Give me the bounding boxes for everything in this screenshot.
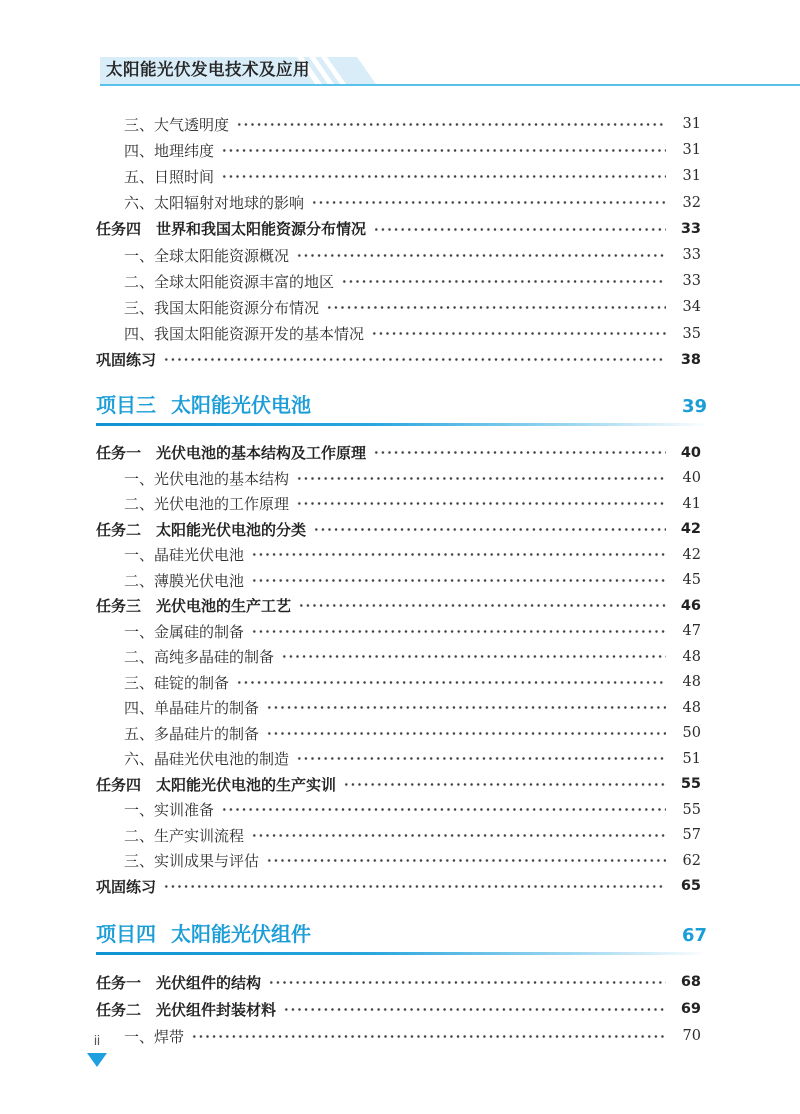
toc-entry-label: 三、实训成果与评估 bbox=[124, 850, 259, 871]
toc-entry-label: 任务四 太阳能光伏电池的生产实训 bbox=[96, 774, 336, 795]
toc-entry-label: 二、高纯多晶硅的制备 bbox=[124, 646, 274, 667]
toc-entry-page: 57 bbox=[669, 827, 701, 843]
dot-leader bbox=[266, 848, 666, 874]
toc-entry[interactable]: 六、太阳辐射对地球的影响 32 bbox=[96, 190, 701, 216]
chapter-heading[interactable]: 项目四 太阳能光伏组件 67 bbox=[96, 918, 701, 955]
toc-entry[interactable]: 四、单晶硅片的制备 48 bbox=[96, 695, 701, 721]
toc-entry-page: 48 bbox=[669, 674, 701, 690]
toc-entry-label: 一、焊带 bbox=[124, 1026, 184, 1047]
toc-section: 三、大气透明度 31 四、地理纬度 31 五、日照时间 31 六、太阳辐射对地球… bbox=[96, 111, 701, 373]
toc-entry-label: 四、地理纬度 bbox=[124, 140, 214, 161]
dot-leader bbox=[373, 440, 666, 466]
triangle-down-icon bbox=[87, 1053, 107, 1067]
dot-leader bbox=[266, 720, 666, 746]
toc-entry-label: 任务一 光伏电池的基本结构及工作原理 bbox=[96, 442, 366, 463]
toc-entry-label: 五、日照时间 bbox=[124, 166, 214, 187]
dot-leader bbox=[163, 347, 666, 373]
toc-entry-page: 45 bbox=[669, 572, 701, 588]
dot-leader bbox=[298, 593, 666, 619]
toc-entry[interactable]: 一、焊带 70 bbox=[96, 1023, 701, 1050]
toc-entry-page: 42 bbox=[669, 547, 701, 563]
chapter-page-number: 39 bbox=[682, 396, 707, 417]
toc-entry-label: 三、我国太阳能资源分布情况 bbox=[124, 297, 319, 318]
dot-leader bbox=[221, 163, 666, 189]
dot-leader bbox=[251, 567, 666, 593]
toc-entry[interactable]: 任务四 太阳能光伏电池的生产实训 55 bbox=[96, 771, 701, 797]
dot-leader bbox=[221, 137, 666, 163]
dot-leader bbox=[251, 822, 666, 848]
dot-leader bbox=[371, 321, 666, 347]
chapter-page-number: 67 bbox=[682, 925, 707, 946]
toc-entry-label: 一、全球太阳能资源概况 bbox=[124, 245, 289, 266]
chapter-heading[interactable]: 项目三 太阳能光伏电池 39 bbox=[96, 389, 701, 426]
toc-entry[interactable]: 一、金属硅的制备 47 bbox=[96, 618, 701, 644]
toc-entry[interactable]: 二、薄膜光伏电池 45 bbox=[96, 567, 701, 593]
chapter-title: 太阳能光伏电池 bbox=[171, 389, 311, 418]
dot-leader bbox=[236, 111, 666, 137]
toc-entry[interactable]: 二、高纯多晶硅的制备 48 bbox=[96, 644, 701, 670]
folio-page-number: ii bbox=[87, 1033, 107, 1048]
toc-entry[interactable]: 三、实训成果与评估 62 bbox=[96, 848, 701, 874]
dot-leader bbox=[281, 644, 666, 670]
toc-entry[interactable]: 六、晶硅光伏电池的制造 51 bbox=[96, 746, 701, 772]
toc-entry-label: 三、大气透明度 bbox=[124, 114, 229, 135]
toc-entry-page: 55 bbox=[669, 776, 701, 792]
toc-entry-page: 65 bbox=[669, 878, 701, 894]
toc-entry[interactable]: 二、光伏电池的工作原理 41 bbox=[96, 491, 701, 517]
chapter-underline bbox=[96, 952, 708, 955]
dot-leader bbox=[163, 873, 666, 899]
toc-entry-page: 35 bbox=[669, 326, 701, 342]
toc-entry-page: 62 bbox=[669, 853, 701, 869]
dot-leader bbox=[236, 669, 666, 695]
toc-entry-label: 一、金属硅的制备 bbox=[124, 621, 244, 642]
toc-entry-page: 33 bbox=[669, 247, 701, 263]
toc-entry-label: 任务二 光伏组件封装材料 bbox=[96, 999, 276, 1020]
toc-entry[interactable]: 一、晶硅光伏电池 42 bbox=[96, 542, 701, 568]
toc-entry-label: 二、光伏电池的工作原理 bbox=[124, 493, 289, 514]
toc-entry[interactable]: 五、多晶硅片的制备 50 bbox=[96, 720, 701, 746]
toc-entry[interactable]: 一、光伏电池的基本结构 40 bbox=[96, 465, 701, 491]
toc-entry[interactable]: 四、地理纬度 31 bbox=[96, 137, 701, 163]
toc-entry-label: 二、生产实训流程 bbox=[124, 825, 244, 846]
dot-leader bbox=[283, 996, 666, 1023]
toc-entry-page: 31 bbox=[669, 116, 701, 132]
toc-entry-label: 巩固练习 bbox=[96, 876, 156, 897]
toc-entry-page: 69 bbox=[669, 1001, 701, 1017]
dot-leader bbox=[296, 465, 666, 491]
toc-entry[interactable]: 一、全球太阳能资源概况 33 bbox=[96, 242, 701, 268]
toc-entry-page: 47 bbox=[669, 623, 701, 639]
dot-leader bbox=[341, 268, 666, 294]
dot-leader bbox=[326, 294, 666, 320]
dot-leader bbox=[313, 516, 666, 542]
dot-leader bbox=[268, 969, 666, 996]
toc-entry-label: 任务三 光伏电池的生产工艺 bbox=[96, 595, 291, 616]
chapter-number: 项目四 bbox=[96, 918, 156, 947]
dot-leader bbox=[296, 242, 666, 268]
toc-entry-page: 40 bbox=[669, 445, 701, 461]
toc-entry-page: 55 bbox=[669, 802, 701, 818]
dot-leader bbox=[373, 216, 666, 242]
chapter-number: 项目三 bbox=[96, 389, 156, 418]
toc-entry-label: 六、晶硅光伏电池的制造 bbox=[124, 748, 289, 769]
toc-entry-label: 四、单晶硅片的制备 bbox=[124, 697, 259, 718]
dot-leader bbox=[251, 618, 666, 644]
toc-entry[interactable]: 任务一 光伏组件的结构 68 bbox=[96, 969, 701, 996]
toc-entry-page: 33 bbox=[669, 273, 701, 289]
toc-entry-page: 34 bbox=[669, 299, 701, 315]
toc-entry-page: 70 bbox=[669, 1028, 701, 1044]
toc-entry[interactable]: 二、生产实训流程 57 bbox=[96, 822, 701, 848]
toc-entry[interactable]: 任务三 光伏电池的生产工艺 46 bbox=[96, 593, 701, 619]
toc-entry-page: 31 bbox=[669, 168, 701, 184]
toc-entry-label: 一、实训准备 bbox=[124, 799, 214, 820]
toc-entry[interactable]: 任务一 光伏电池的基本结构及工作原理 40 bbox=[96, 440, 701, 466]
toc-entry-label: 三、硅锭的制备 bbox=[124, 672, 229, 693]
dot-leader bbox=[311, 190, 666, 216]
toc-entry[interactable]: 三、我国太阳能资源分布情况 34 bbox=[96, 294, 701, 320]
toc-entry-label: 巩固练习 bbox=[96, 349, 156, 370]
toc-entry[interactable]: 三、硅锭的制备 48 bbox=[96, 669, 701, 695]
toc-entry-label: 五、多晶硅片的制备 bbox=[124, 723, 259, 744]
dot-leader bbox=[251, 542, 666, 568]
toc-entry-page: 31 bbox=[669, 142, 701, 158]
toc-entry-page: 68 bbox=[669, 974, 701, 990]
toc-entry-label: 一、光伏电池的基本结构 bbox=[124, 468, 289, 489]
toc-entry[interactable]: 巩固练习 65 bbox=[96, 873, 701, 899]
toc-entry-label: 二、全球太阳能资源丰富的地区 bbox=[124, 271, 334, 292]
dot-leader bbox=[296, 491, 666, 517]
dot-leader bbox=[266, 695, 666, 721]
dot-leader bbox=[343, 771, 666, 797]
toc-entry-page: 50 bbox=[669, 725, 701, 741]
header-rule bbox=[100, 84, 800, 86]
toc-entry[interactable]: 一、实训准备 55 bbox=[96, 797, 701, 823]
toc-entry-label: 一、晶硅光伏电池 bbox=[124, 544, 244, 565]
dot-leader bbox=[191, 1023, 666, 1050]
toc-entry[interactable]: 三、大气透明度 31 bbox=[96, 111, 701, 137]
dot-leader bbox=[296, 746, 666, 772]
toc-entry-page: 33 bbox=[669, 221, 701, 237]
toc-entry-page: 32 bbox=[669, 195, 701, 211]
toc-entry[interactable]: 五、日照时间 31 bbox=[96, 163, 701, 189]
table-of-contents: 三、大气透明度 31 四、地理纬度 31 五、日照时间 31 六、太阳辐射对地球… bbox=[96, 111, 701, 1050]
toc-entry-page: 51 bbox=[669, 751, 701, 767]
toc-entry-page: 40 bbox=[669, 470, 701, 486]
toc-entry[interactable]: 任务二 太阳能光伏电池的分类 42 bbox=[96, 516, 701, 542]
toc-entry[interactable]: 巩固练习 38 bbox=[96, 347, 701, 373]
toc-entry-page: 46 bbox=[669, 598, 701, 614]
toc-entry-page: 48 bbox=[669, 649, 701, 665]
toc-entry-label: 任务一 光伏组件的结构 bbox=[96, 972, 261, 993]
toc-section: 任务一 光伏组件的结构 68 任务二 光伏组件封装材料 69 一、焊带 70 bbox=[96, 969, 701, 1050]
chapter-underline bbox=[96, 423, 708, 426]
toc-entry-label: 任务四 世界和我国太阳能资源分布情况 bbox=[96, 218, 366, 239]
book-title: 太阳能光伏发电技术及应用 bbox=[106, 57, 310, 84]
toc-entry-label: 二、薄膜光伏电池 bbox=[124, 570, 244, 591]
toc-entry-page: 48 bbox=[669, 700, 701, 716]
toc-entry[interactable]: 二、全球太阳能资源丰富的地区 33 bbox=[96, 268, 701, 294]
dot-leader bbox=[221, 797, 666, 823]
toc-entry-label: 六、太阳辐射对地球的影响 bbox=[124, 192, 304, 213]
toc-entry[interactable]: 任务二 光伏组件封装材料 69 bbox=[96, 996, 701, 1023]
toc-entry-label: 任务二 太阳能光伏电池的分类 bbox=[96, 519, 306, 540]
toc-entry[interactable]: 任务四 世界和我国太阳能资源分布情况 33 bbox=[96, 216, 701, 242]
chapter-title: 太阳能光伏组件 bbox=[171, 918, 311, 947]
toc-entry-label: 四、我国太阳能资源开发的基本情况 bbox=[124, 323, 364, 344]
toc-section: 任务一 光伏电池的基本结构及工作原理 40 一、光伏电池的基本结构 40 二、光… bbox=[96, 440, 701, 899]
toc-entry-page: 42 bbox=[669, 521, 701, 537]
toc-entry-page: 38 bbox=[669, 352, 701, 368]
toc-entry-page: 41 bbox=[669, 496, 701, 512]
toc-entry[interactable]: 四、我国太阳能资源开发的基本情况 35 bbox=[96, 321, 701, 347]
